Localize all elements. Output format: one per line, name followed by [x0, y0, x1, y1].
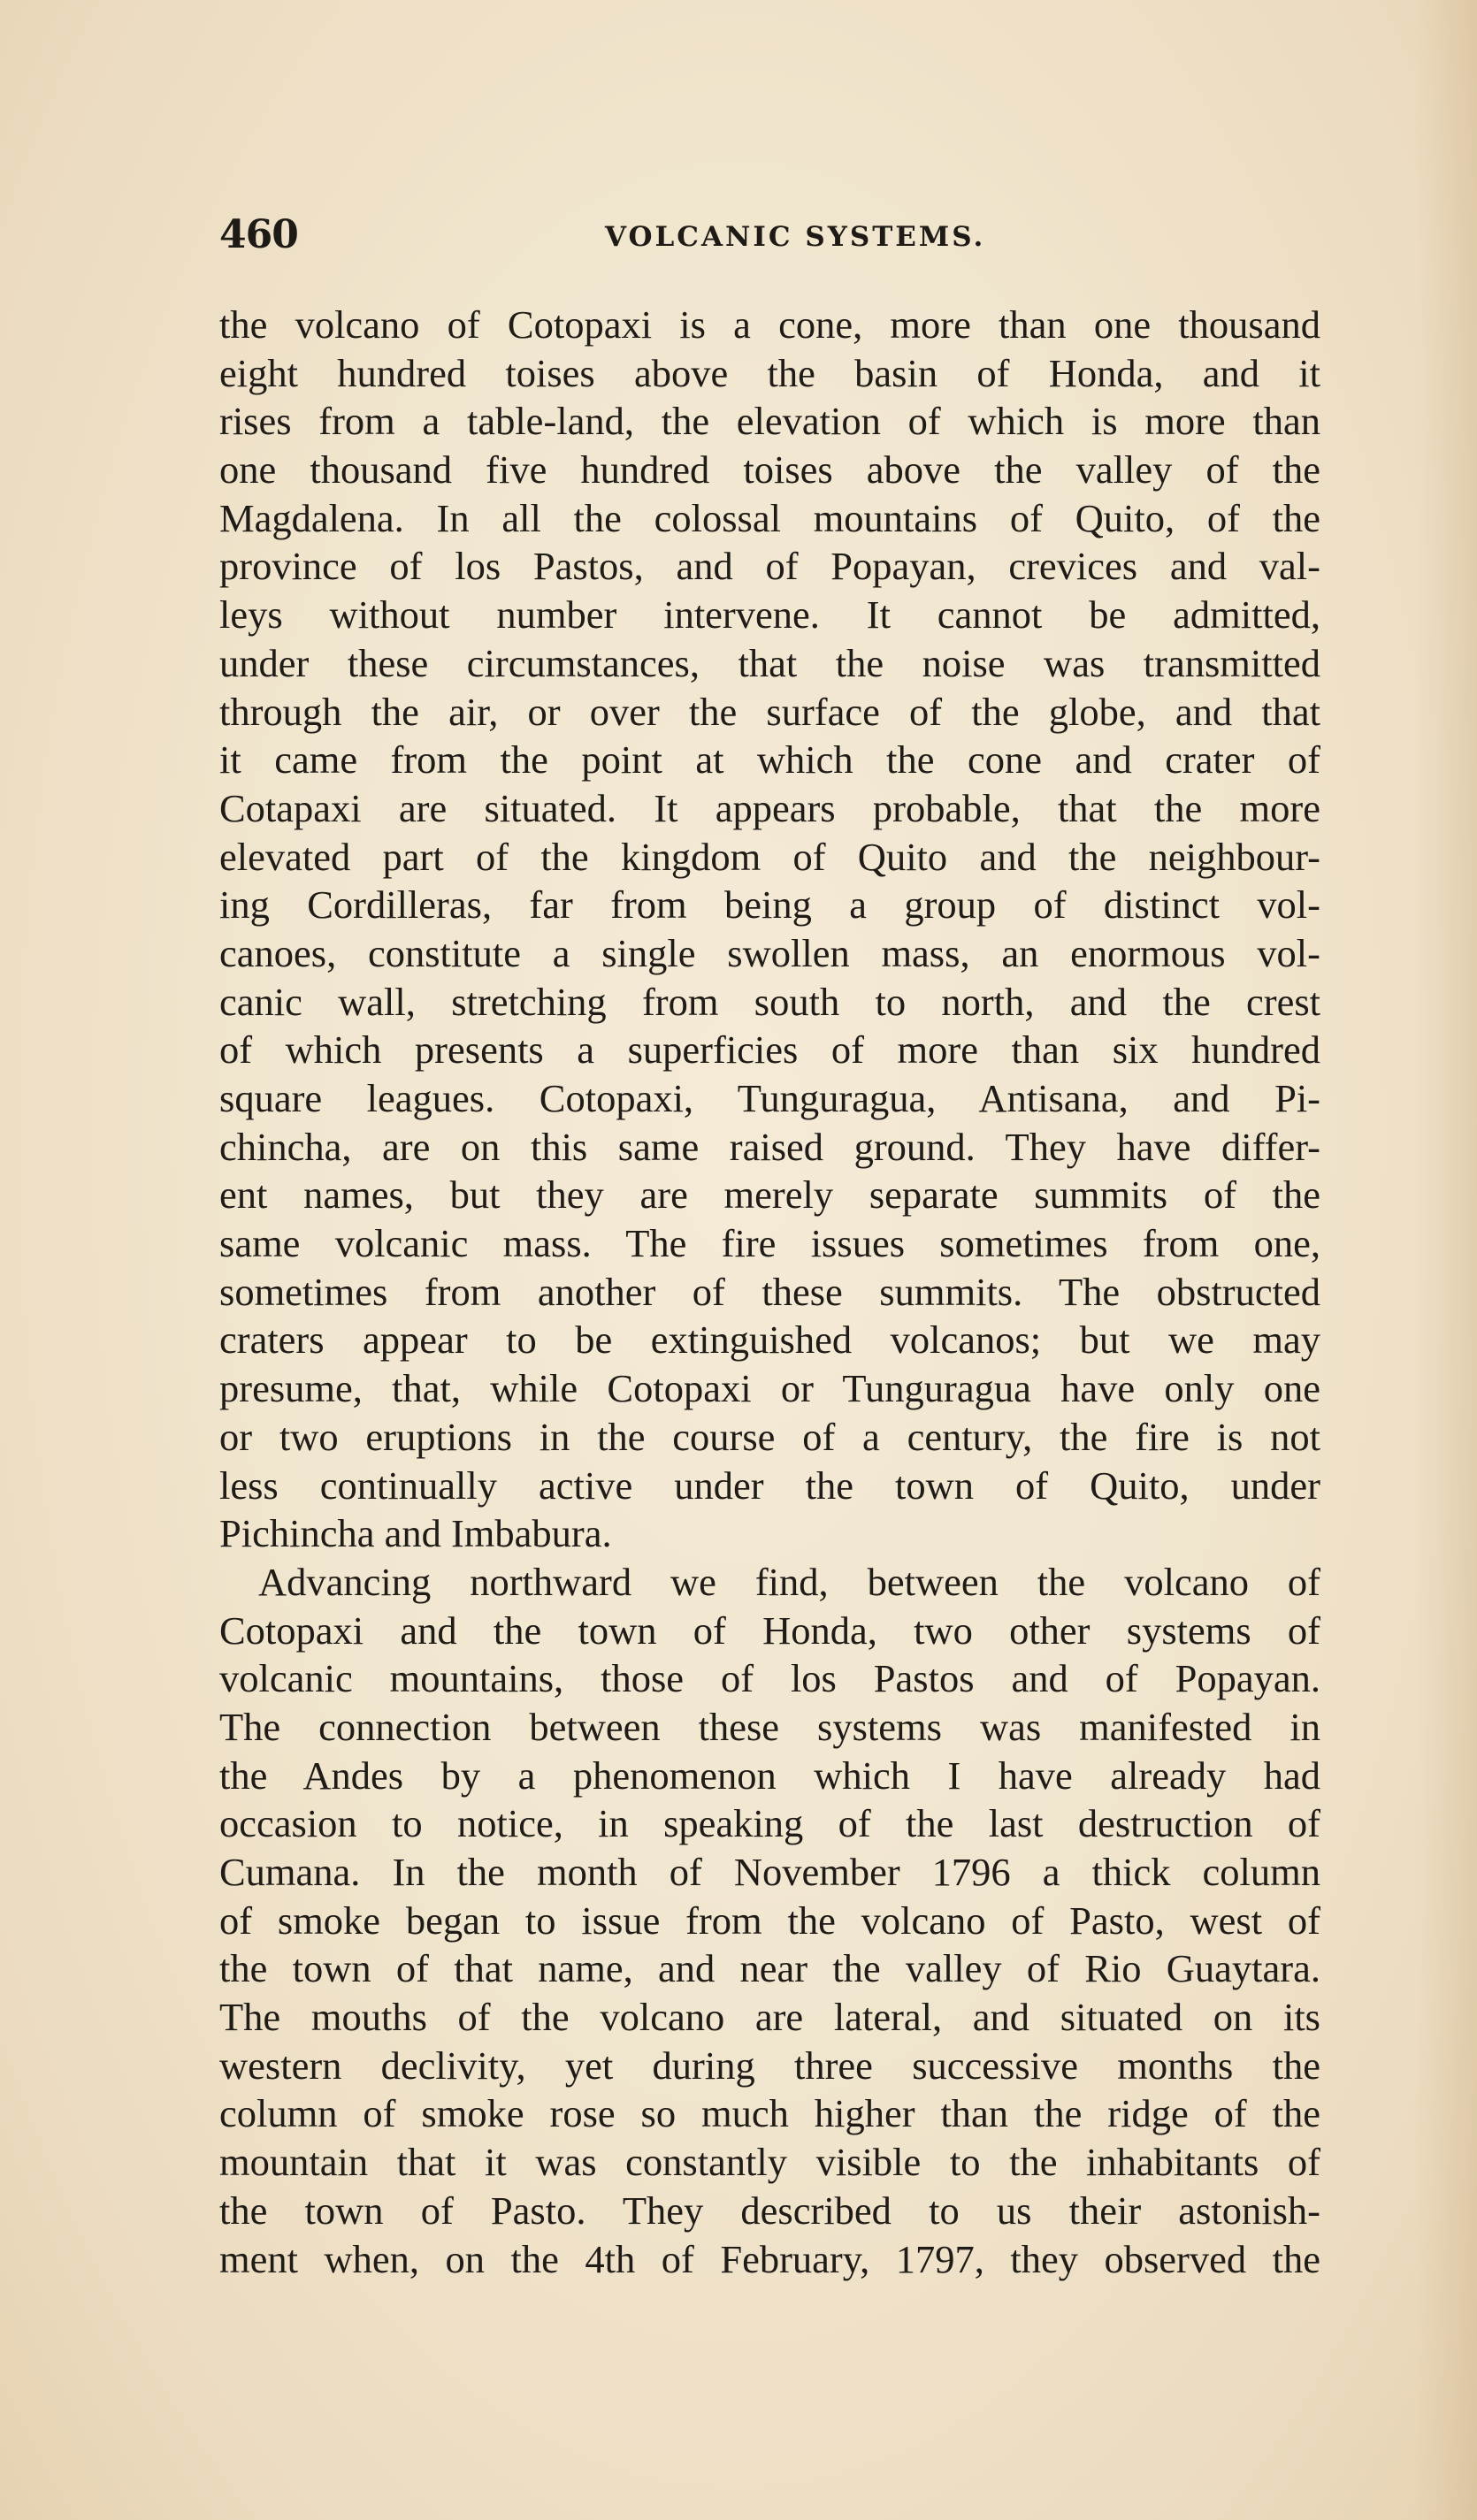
text-line: elevated part of the kingdom of Quito an…	[219, 833, 1320, 882]
text-line: craters appear to be extinguished volcan…	[219, 1316, 1320, 1364]
text-line: volcanic mountains, those of los Pastos …	[219, 1654, 1320, 1703]
text-line: the town of that name, and near the vall…	[219, 1944, 1320, 1993]
text-line: Cumana. In the month of November 1796 a …	[219, 1848, 1320, 1897]
paragraph-end-line: Pichincha and Imbabura.	[219, 1509, 1320, 1558]
text-line: The mouths of the volcano are lateral, a…	[219, 1993, 1320, 2042]
text-line: canic wall, stretching from south to nor…	[219, 978, 1320, 1027]
page-number: 460	[219, 212, 298, 257]
text-line: ment when, on the 4th of February, 1797,…	[219, 2235, 1320, 2284]
text-line: chincha, are on this same raised ground.…	[219, 1123, 1320, 1172]
text-line: western declivity, yet during three succ…	[219, 2042, 1320, 2090]
text-line: less continually active under the town o…	[219, 1462, 1320, 1510]
body-text: the volcano of Cotopaxi is a cone, more …	[219, 301, 1320, 2283]
text-line: it came from the point at which the cone…	[219, 736, 1320, 784]
text-line: ent names, but they are merely separate …	[219, 1171, 1320, 1219]
text-line: square leagues. Cotopaxi, Tunguragua, An…	[219, 1074, 1320, 1123]
text-line: the volcano of Cotopaxi is a cone, more …	[219, 301, 1320, 349]
text-line: Cotapaxi are situated. It appears probab…	[219, 784, 1320, 833]
text-line: mountain that it was constantly visible …	[219, 2138, 1320, 2187]
text-line: of smoke began to issue from the volcano…	[219, 1897, 1320, 1945]
text-line: column of smoke rose so much higher than…	[219, 2089, 1320, 2138]
text-line: of which presents a superficies of more …	[219, 1026, 1320, 1074]
book-page: 460 VOLCANIC SYSTEMS. the volcano of Cot…	[0, 0, 1477, 2520]
text-line: or two eruptions in the course of a cent…	[219, 1413, 1320, 1462]
text-line: eight hundred toises above the basin of …	[219, 349, 1320, 398]
text-line: same volcanic mass. The fire issues some…	[219, 1219, 1320, 1268]
text-line: The connection between these systems was…	[219, 1703, 1320, 1752]
text-line: the Andes by a phenomenon which I have a…	[219, 1752, 1320, 1800]
text-line: ing Cordilleras, far from being a group …	[219, 881, 1320, 929]
text-line: leys without number intervene. It cannot…	[219, 591, 1320, 639]
text-line: through the air, or over the surface of …	[219, 688, 1320, 737]
text-line: canoes, constitute a single swollen mass…	[219, 929, 1320, 978]
text-line: province of los Pastos, and of Popayan, …	[219, 542, 1320, 591]
text-line: Magdalena. In all the colossal mountains…	[219, 494, 1320, 543]
running-title: VOLCANIC SYSTEMS.	[605, 221, 985, 253]
text-line: the town of Pasto. They described to us …	[219, 2187, 1320, 2235]
text-line: one thousand five hundred toises above t…	[219, 446, 1320, 494]
text-line: sometimes from another of these summits.…	[219, 1268, 1320, 1317]
paragraph-start-line: Advancing northward we find, between the…	[219, 1558, 1320, 1607]
text-line: occasion to notice, in speaking of the l…	[219, 1799, 1320, 1848]
running-head: 460 VOLCANIC SYSTEMS.	[219, 212, 1320, 265]
text-line: under these circumstances, that the nois…	[219, 639, 1320, 688]
text-line: presume, that, while Cotopaxi or Tungura…	[219, 1364, 1320, 1413]
text-line: Cotopaxi and the town of Honda, two othe…	[219, 1607, 1320, 1655]
text-line: rises from a table-land, the elevation o…	[219, 397, 1320, 446]
